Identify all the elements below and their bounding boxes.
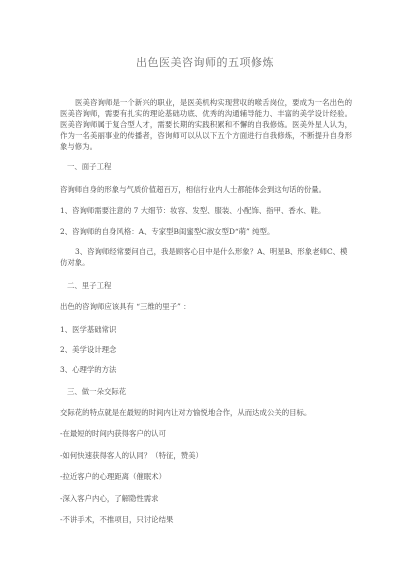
document-page: 出色医美咨询师的五项修炼 医美咨询师是一个新兴的职业，是医美机构实现营収的喉舌岗… (0, 0, 410, 580)
section-3-item-3: -拉近客户的心理距离（催眠术） (60, 471, 352, 482)
section-3-item-5: -不讲手术，不推项目，只讨论结果 (60, 514, 352, 525)
section-3-lead: 交际花的特点就是在最短的时间内让对方愉悦地合作，从而达成公关的目标。 (60, 407, 352, 418)
section-2-lead: 出色的咨询师应该具有 “三维的里子” ： (60, 301, 352, 312)
document-title: 出色医美咨询师的五项修炼 (0, 56, 410, 70)
section-2-item-2: 2、美学设计理念 (60, 344, 352, 355)
section-heading-2: 二、里子工程 (60, 280, 359, 291)
section-3-item-2: -如何快速获得客人的认同？（特征，赞美） (60, 450, 352, 461)
intro-paragraph: 医美咨询师是一个新兴的职业，是医美机构实现营収的喉舌岗位，要成为一名出色的医美咨… (60, 97, 352, 152)
section-1-lead: 咨询师自身的形象与气质价值超百万，相信行业内人士都能体会到这句话的份量。 (60, 184, 352, 195)
section-heading-1: 一、面子工程 (60, 161, 359, 172)
section-2-item-1: 1、医学基础常识 (60, 324, 352, 335)
section-3-item-1: -在最短的时间内获得客户的认可 (60, 428, 352, 439)
section-1-item-3: 3、咨询师经常要问自己，我是顾客心目中是什么形象？A、明星B、形象老师C、模仿对… (60, 246, 352, 268)
section-1-item-1: 1、咨询师需要注意的 7 大细节：妆容、发型、服装、小配饰、指甲、香水、鞋。 (60, 205, 352, 216)
section-2-item-3: 3、心理学的方法 (60, 364, 352, 375)
section-3-item-4: -深入客户内心，了解隐性需求 (60, 493, 352, 504)
section-1-item-2: 2、咨询师的自身风格：A、专家型B闺蜜型C淑女型D“萌” 纯型。 (60, 226, 352, 237)
section-heading-3: 三、做一朵交际花 (60, 386, 359, 397)
